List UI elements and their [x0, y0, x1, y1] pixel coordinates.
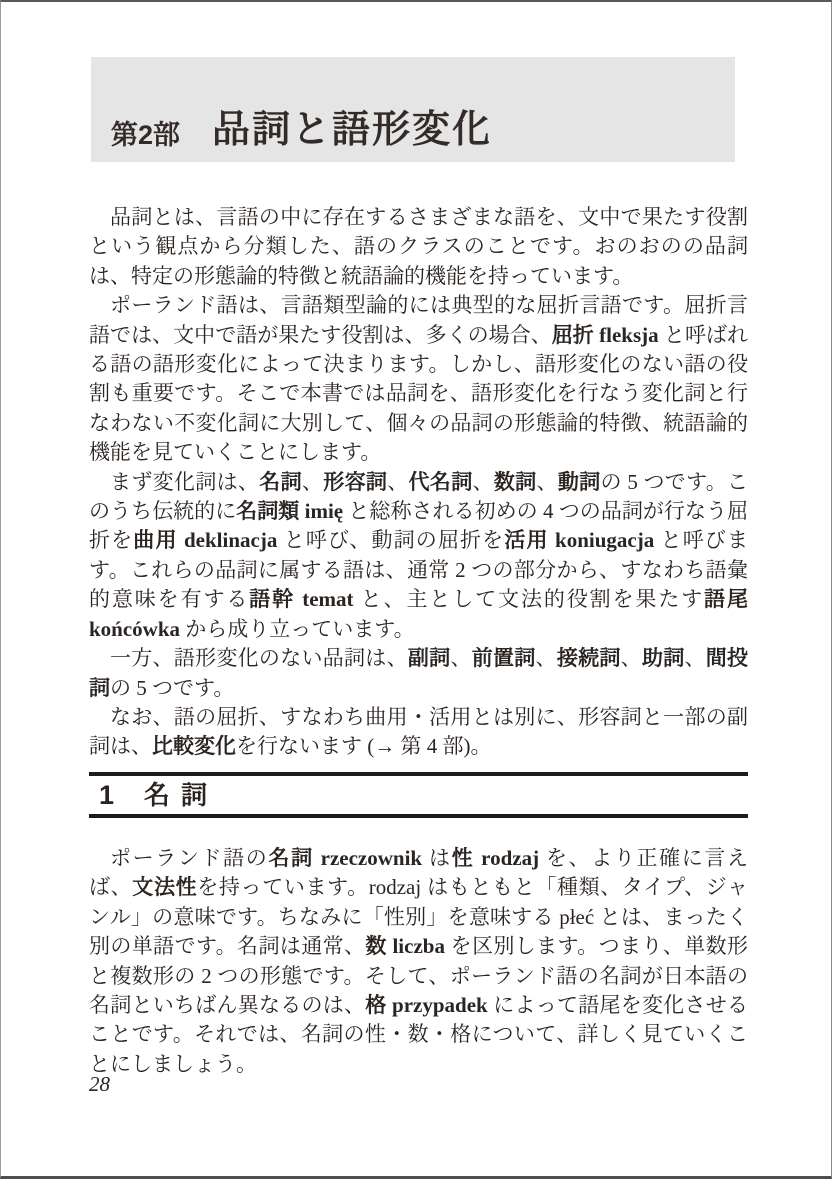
emphasized-term: 助詞 [642, 647, 685, 670]
emphasized-term: imię [299, 499, 348, 523]
text-run: の 5 つです。 [110, 676, 234, 700]
emphasized-term: 曲用 [133, 529, 177, 552]
paragraph: 一方、語形変化のない品詞は、副詞、前置詞、接続詞、助詞、間投詞の 5 つです。 [89, 644, 748, 703]
text-run: と呼び、動詞の屈折を [284, 528, 505, 552]
emphasized-term: 名詞 [259, 471, 302, 494]
emphasized-term: 名詞 [268, 847, 313, 870]
emphasized-term: 文法性 [132, 876, 197, 899]
emphasized-term: 動詞 [558, 471, 601, 494]
paragraph: ポーランド語の名詞 rzeczownik は性 rodzaj を、より正確に言え… [89, 844, 748, 1079]
emphasized-term: liczba [387, 934, 451, 958]
paragraph: 品詞とは、言語の中に存在するさまざまな語を、文中で果たす役割という観点から分類し… [89, 203, 748, 291]
emphasized-term: przypadek [387, 993, 494, 1017]
text-run: ポーランド語の [110, 846, 268, 870]
emphasized-term: 数詞 [494, 471, 537, 494]
text-run: は [429, 846, 452, 870]
part-title: 品詞と語形変化 [212, 111, 492, 149]
emphasized-term: koniugacja [549, 528, 661, 552]
emphasized-term: 性 [452, 847, 475, 870]
text-run: 、 [387, 470, 408, 494]
emphasized-term: 屈折 [552, 324, 594, 347]
text-run: 、 [685, 646, 706, 670]
emphasized-term: 代名詞 [409, 471, 473, 494]
text-run: 、 [450, 646, 471, 670]
paragraph: まず変化詞は、名詞、形容詞、代名詞、数詞、動詞の 5 つです。このうち伝統的に名… [89, 468, 748, 644]
text-run: 品詞とは、言語の中に存在するさまざまな語を、文中で果たす役割という観点から分類し… [89, 205, 748, 288]
emphasized-term: 語尾 [704, 588, 748, 611]
part-header-band: 第2部 品詞と語形変化 [91, 57, 735, 162]
paragraph: なお、語の屈折、すなわち曲用・活用とは別に、形容詞と一部の副詞は、比較変化を行な… [89, 703, 748, 762]
section-number: 1 [99, 780, 114, 810]
text-run: 、 [302, 470, 323, 494]
text-run: 、 [536, 646, 557, 670]
text-run: まず変化詞は、 [110, 470, 259, 494]
emphasized-term: 格 [365, 994, 386, 1017]
section-title: 名詞 [144, 780, 218, 810]
section-body-paragraphs: ポーランド語の名詞 rzeczownik は性 rodzaj を、より正確に言え… [89, 844, 748, 1079]
emphasized-term: 数 [365, 935, 386, 958]
emphasized-term: 前置詞 [472, 647, 536, 670]
part-number-label: 第2部 [111, 122, 180, 149]
text-run: 一方、語形変化のない品詞は、 [110, 646, 408, 670]
paragraph: ポーランド語は、言語類型論的には典型的な屈折言語です。屈折言語では、文中で語が果… [89, 291, 748, 467]
emphasized-term: rzeczownik [314, 846, 429, 870]
text-run: 、 [473, 470, 494, 494]
emphasized-term: 副詞 [408, 647, 451, 670]
emphasized-term: 活用 [504, 529, 548, 552]
book-page: 第2部 品詞と語形変化 品詞とは、言語の中に存在するさまざまな語を、文中で果たす… [0, 0, 832, 1179]
emphasized-term: fleksja [594, 323, 664, 347]
page-number: 28 [89, 1072, 110, 1097]
emphasized-term: końcówka [89, 617, 185, 641]
text-run: と、主として文法的役割を果たす [361, 587, 704, 611]
emphasized-term: 比較変化 [152, 735, 236, 758]
text-run: 、 [537, 470, 558, 494]
emphasized-term: deklinacja [178, 528, 284, 552]
intro-paragraphs: 品詞とは、言語の中に存在するさまざまな語を、文中で果たす役割という観点から分類し… [89, 203, 748, 762]
text-run: から成り立っています。 [185, 617, 414, 641]
emphasized-term: 語幹 [249, 588, 295, 611]
section-heading: 1 名詞 [89, 772, 748, 818]
text-run: 、 [621, 646, 642, 670]
emphasized-term: 名詞類 [236, 500, 299, 523]
emphasized-term: temat [295, 587, 361, 611]
emphasized-term: 接続詞 [557, 647, 621, 670]
emphasized-term: 形容詞 [323, 471, 387, 494]
emphasized-term: rodzaj [474, 846, 546, 870]
text-run: を行ないます (→ 第 4 部)。 [236, 734, 492, 758]
